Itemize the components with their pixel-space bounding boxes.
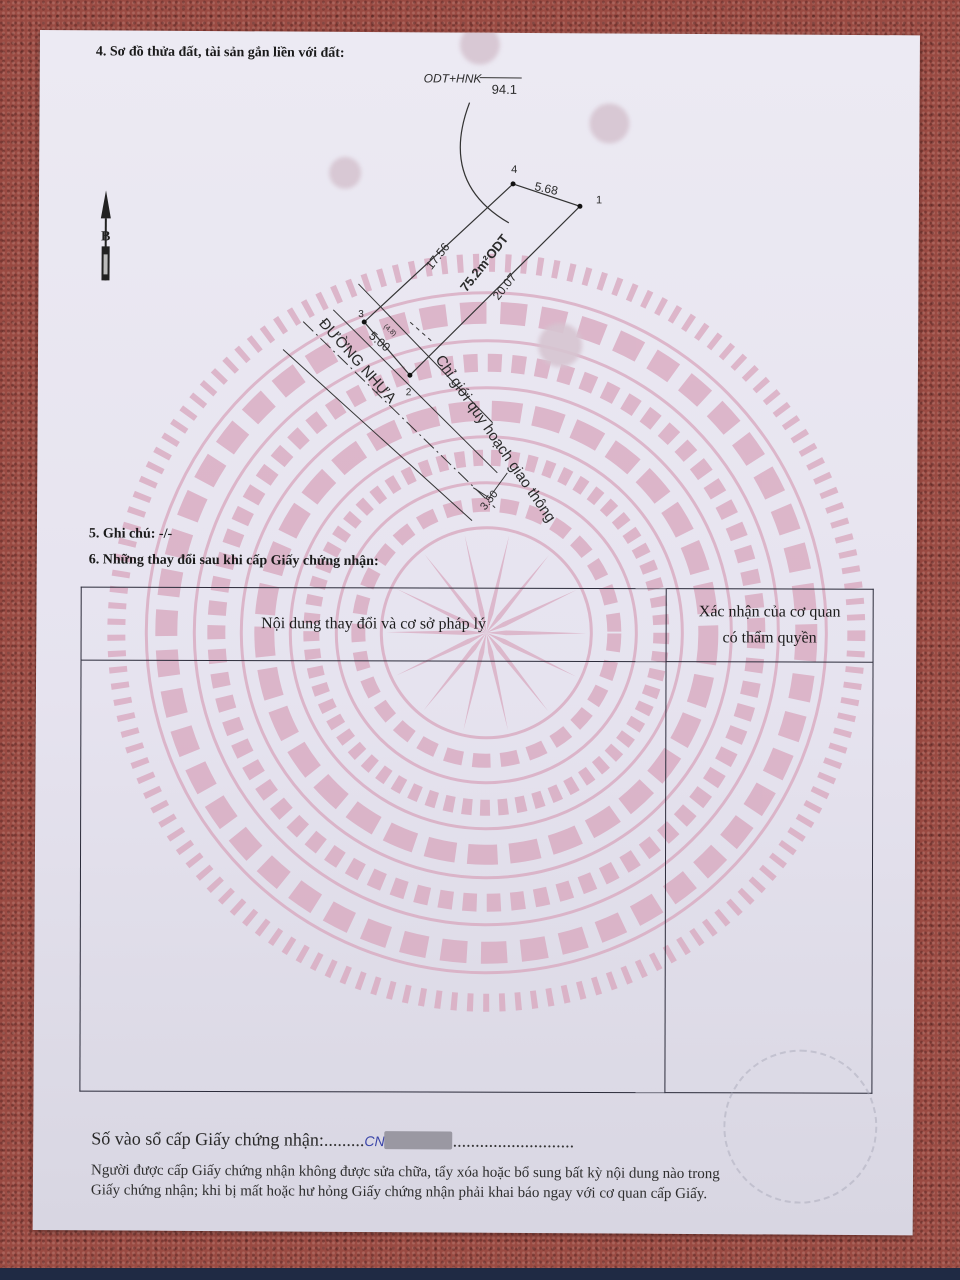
section-6-title: 6. Những thay đổi sau khi cấp Giấy chứng… bbox=[89, 552, 379, 570]
edge-1-2-length: 20.07 bbox=[490, 270, 520, 302]
point-2: 2 bbox=[406, 387, 412, 398]
redaction-blur bbox=[329, 157, 361, 189]
land-certificate-page: 4. Sơ đồ thửa đất, tài sản gắn liền với … bbox=[33, 30, 920, 1235]
neighbor-number: 94.1 bbox=[492, 82, 517, 97]
parcel-map: ODT+HNK 94.1 4 1 2 3 5.68 17.56 20.07 75… bbox=[37, 30, 920, 555]
point-4: 4 bbox=[511, 164, 517, 176]
registry-label: Số vào sổ cấp Giấy chứng nhận: bbox=[91, 1128, 324, 1149]
changes-content-cell bbox=[80, 660, 666, 1093]
neighbor-label: ODT+HNK bbox=[424, 71, 483, 85]
changes-table: Nội dung thay đổi và cơ sở pháp lý Xác n… bbox=[79, 587, 873, 1094]
col-content-header: Nội dung thay đổi và cơ sở pháp lý bbox=[81, 587, 666, 662]
point-1: 1 bbox=[596, 194, 602, 206]
floor-edge bbox=[0, 1268, 960, 1280]
redaction-blur bbox=[589, 103, 629, 143]
road-width: 3.50 bbox=[478, 488, 501, 512]
certificate-notice: Người được cấp Giấy chứng nhận không đượ… bbox=[91, 1160, 851, 1205]
col-confirmation-header-line2: có thẩm quyền bbox=[668, 625, 872, 652]
col-confirmation-header: Xác nhận của cơ quan có thẩm quyền bbox=[666, 589, 873, 663]
confirmation-cell bbox=[665, 662, 873, 1094]
col-confirmation-header-line1: Xác nhận của cơ quan bbox=[668, 599, 872, 626]
point-3: 3 bbox=[358, 309, 364, 320]
redaction-blur bbox=[538, 323, 582, 367]
notice-line-2: Giấy chứng nhận; khi bị mất hoặc hư hỏng… bbox=[91, 1180, 851, 1205]
edge-4-1-length: 5.68 bbox=[533, 179, 559, 198]
registry-number-line: Số vào sổ cấp Giấy chứng nhận:.........C… bbox=[91, 1128, 574, 1152]
registry-redaction bbox=[385, 1131, 453, 1149]
registry-value: CN bbox=[364, 1133, 384, 1149]
section-5-note: 5. Ghi chú: -/- bbox=[89, 526, 172, 543]
